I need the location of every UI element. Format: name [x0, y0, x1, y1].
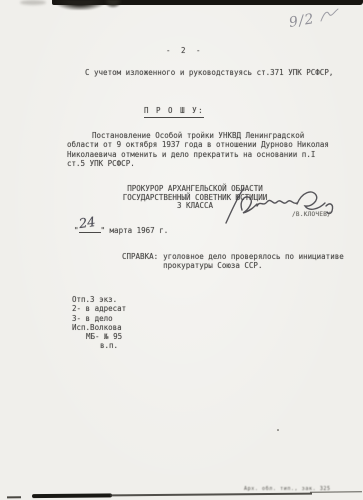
scan-artifact-bottom [0, 0, 363, 500]
paper-speck [277, 429, 279, 431]
scan-artifact-bottom-line [110, 493, 312, 496]
scan-artifact-dash [7, 496, 21, 498]
scan-artifact-bottom-line [310, 491, 362, 493]
scanned-page: 9/2 - 2 - С учетом изложенного и руковод… [0, 0, 363, 500]
scan-artifact-bottom-line [32, 493, 112, 498]
